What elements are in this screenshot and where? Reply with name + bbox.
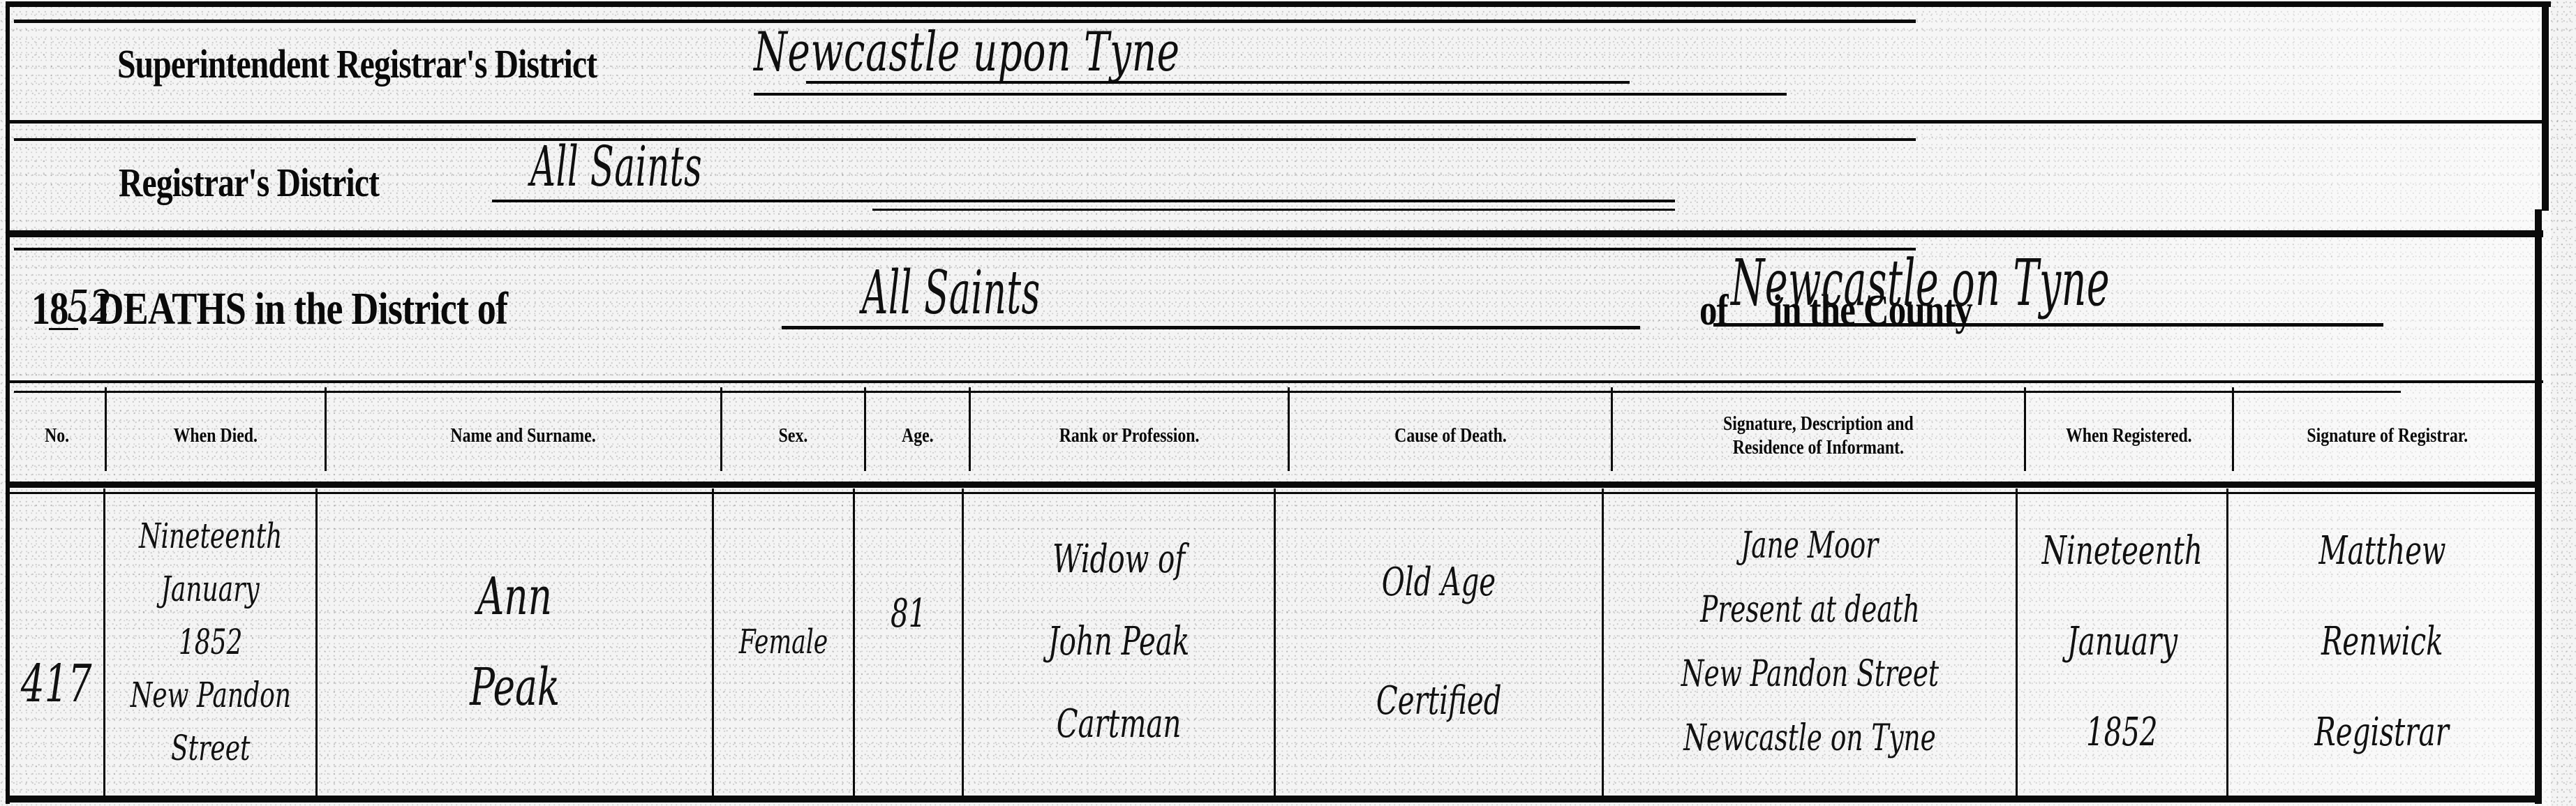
death-place-street: Street [171, 722, 250, 775]
registrar-underline [492, 200, 1675, 202]
header-top-rule [10, 380, 2543, 383]
cell-informant: Jane Moor Present at death New Pandon St… [1604, 488, 2016, 796]
col-header-informant: Signature, Description and Residence of … [1613, 401, 2024, 471]
cell-cause: Old Age Certified [1276, 488, 1602, 796]
cause-line-2: Certified [1376, 642, 1502, 761]
cell-no: 417 [10, 488, 103, 796]
right-border-lower [2535, 209, 2542, 804]
registrar-title: Registrar [2315, 687, 2449, 778]
entry-number: 417 [21, 653, 92, 715]
district-underline [782, 326, 1640, 329]
col-header-sex: Sex. [722, 401, 864, 471]
cell-sex: Female [714, 488, 853, 796]
superintendent-underline [806, 81, 1630, 84]
body-top-rule [10, 482, 2542, 488]
informant-name: Jane Moor [1741, 514, 1879, 578]
county-value: Newcastle on Tyne [1731, 246, 2110, 320]
cell-when-registered: Nineteenth January 1852 [2018, 488, 2226, 796]
registrar-underline-2 [872, 209, 1675, 211]
superintendent-underline-2 [754, 93, 1787, 96]
rank-line-3: Cartman [1057, 683, 1182, 766]
cell-name: Ann Peak [318, 488, 712, 796]
registrar-forename: Matthew [2318, 506, 2445, 597]
year-underline [49, 328, 78, 330]
cause-line-1: Old Age [1382, 523, 1496, 642]
divider-1 [10, 120, 2543, 124]
cell-rank: Widow of John Peak Cartman [964, 488, 1274, 796]
divider-1b [14, 138, 1916, 141]
informant-description: Present at death [1700, 578, 1920, 642]
death-month: January [161, 562, 260, 615]
cell-age: 81 [855, 488, 962, 796]
cell-registrar: Matthew Renwick Registrar [2228, 488, 2536, 796]
col-header-when-registered: When Registered. [2026, 401, 2232, 471]
divider-2 [10, 230, 2543, 237]
death-day: Nineteenth [139, 509, 282, 562]
top-border [7, 1, 2551, 7]
header-top-rule-2 [14, 391, 2401, 393]
registrar-label: Registrar's District [119, 159, 379, 206]
superintendent-label: Superintendent Registrar's District [117, 40, 597, 87]
divider-2b [14, 248, 1916, 251]
death-place: New Pandon [130, 669, 290, 722]
county-underline [1713, 323, 2383, 327]
registered-year: 1852 [2086, 687, 2158, 778]
deceased-surname: Peak [470, 642, 560, 733]
col-header-rank: Rank or Profession. [971, 401, 1288, 471]
deceased-age: 81 [891, 583, 926, 645]
cell-when-died: Nineteenth January 1852 New Pandon Stree… [105, 488, 315, 796]
col-header-registrar: Signature of Registrar. [2234, 401, 2541, 471]
superintendent-value: Newcastle upon Tyne [754, 21, 1180, 84]
deaths-title: . DEATHS in the District of [79, 283, 507, 336]
registered-month: January [2067, 597, 2177, 687]
col-header-name: Name and Surname. [327, 401, 720, 471]
body-bottom-rule [10, 796, 2536, 803]
col-header-when-died: When Died. [107, 401, 325, 471]
district-value: All Saints [862, 258, 1041, 328]
rank-line-1: Widow of [1052, 518, 1185, 601]
registered-day: Nineteenth [2041, 506, 2202, 597]
registrar-surname: Renwick [2321, 597, 2443, 687]
informant-residence-2: Newcastle on Tyne [1683, 706, 1935, 770]
rank-line-2: John Peak [1048, 601, 1190, 683]
col-header-age: Age. [866, 401, 969, 471]
col-header-no: No. [10, 401, 105, 471]
col-header-cause: Cause of Death. [1290, 401, 1611, 471]
death-year: 1852 [179, 615, 243, 669]
deceased-forename: Ann [477, 551, 552, 642]
deceased-sex: Female [739, 611, 828, 673]
informant-residence-1: New Pandon Street [1681, 642, 1938, 706]
county-of: of [1699, 286, 1728, 336]
right-border [2542, 1, 2549, 211]
registrar-value: All Saints [530, 134, 702, 199]
